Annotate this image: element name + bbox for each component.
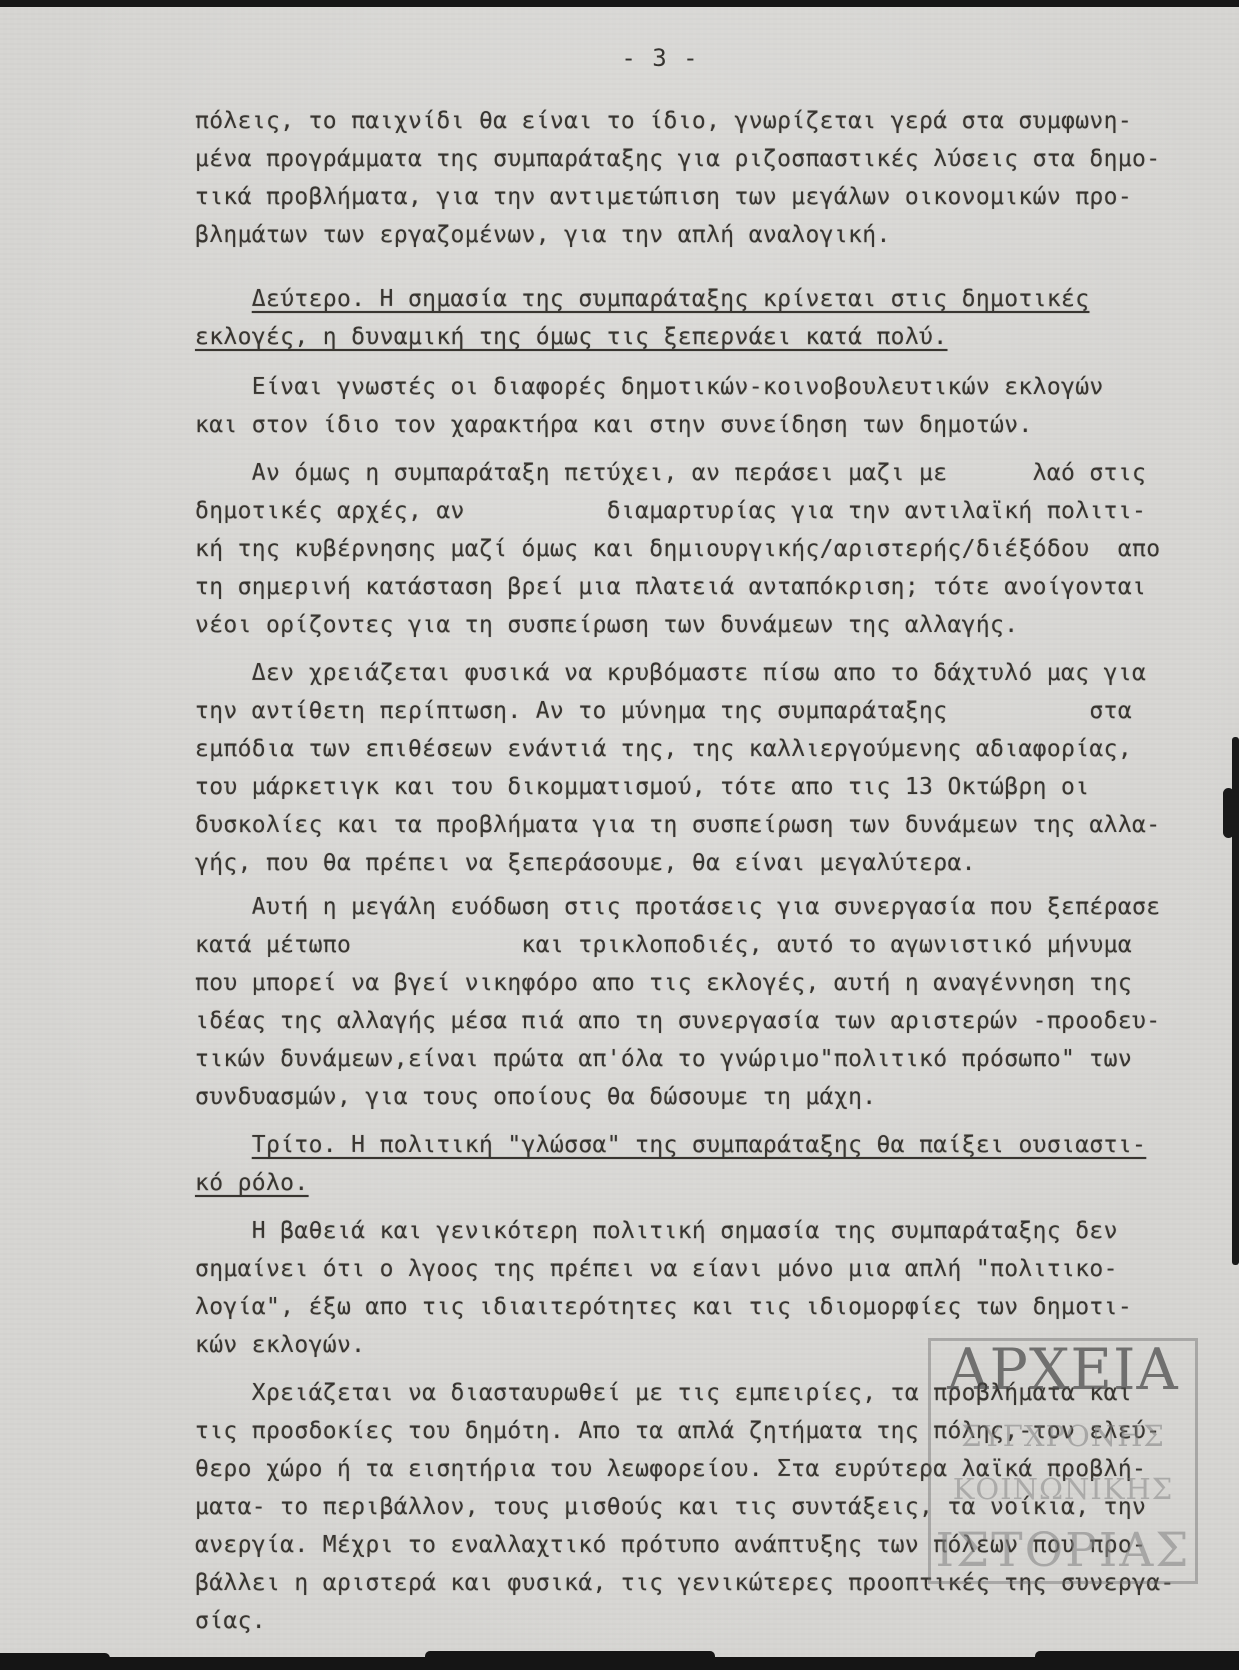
scan-edge-right-notch — [1223, 788, 1234, 838]
text-line: θερο χώρο ή τα εισητήρια του λεωφορείου.… — [195, 1450, 1195, 1488]
paragraph: Αυτή η μεγάλη ευόδωση στις προτάσεις για… — [195, 888, 1195, 1116]
text-line: την αντίθετη περίπτωση. Αν το μύνημα της… — [195, 692, 1195, 730]
text-line: Δεύτερο. Η σημασία της συμπαράταξης κρίν… — [195, 280, 1195, 318]
paragraph: Η βαθειά και γενικότερη πολιτική σημασία… — [195, 1212, 1195, 1364]
text-line: λογία", έξω απο τις ιδιαιτερότητες και τ… — [195, 1288, 1195, 1326]
text-line: νέοι ορίζοντες για τη συσπείρωση των δυν… — [195, 606, 1195, 644]
text-line: βάλλει η αριστερά και φυσικά, τις γενικώ… — [195, 1564, 1195, 1602]
document-page: - 3 - πόλεις, το παιχνίδι θα είναι το ίδ… — [0, 0, 1239, 1670]
text-line: Αν όμως η συμπαράταξη πετύχει, αν περάσε… — [195, 454, 1195, 492]
text-line: κατά μέτωπο και τρικλοποδιές, αυτό το αγ… — [195, 926, 1195, 964]
paragraph: Δεύτερο. Η σημασία της συμπαράταξης κρίν… — [195, 280, 1195, 356]
text-line: συνδυασμών, για τους οποίους θα δώσουμε … — [195, 1078, 1195, 1116]
text-line: γής, που θα πρέπει να ξεπεράσουμε, θα εί… — [195, 844, 1195, 882]
text-line: και στον ίδιο τον χαρακτήρα και στην συν… — [195, 406, 1195, 444]
text-line: κό ρόλο. — [195, 1164, 1195, 1202]
paragraph: Τρίτο. Η πολιτική "γλώσσα" της συμπαράτα… — [195, 1126, 1195, 1202]
text-line: πόλεις, το παιχνίδι θα είναι το ίδιο, γν… — [195, 102, 1195, 140]
document-body: πόλεις, το παιχνίδι θα είναι το ίδιο, γν… — [195, 102, 1195, 1640]
text-line: που μπορεί να βγεί νικηφόρο απο τις εκλο… — [195, 964, 1195, 1002]
scan-edge-top — [0, 0, 1239, 7]
text-line: δημοτικές αρχές, αν διαμαρτυρίας για την… — [195, 492, 1195, 530]
text-line: του μάρκετιγκ και του δικομματισμού, τότ… — [195, 768, 1195, 806]
text-line: δυσκολίες και τα προβλήματα για τη συσπε… — [195, 806, 1195, 844]
text-line: ματα- το περιβάλλον, τους μισθούς και τι… — [195, 1488, 1195, 1526]
text-line: κή της κυβέρνησης μαζί όμως και δημιουργ… — [195, 530, 1195, 568]
text-line: Τρίτο. Η πολιτική "γλώσσα" της συμπαράτα… — [195, 1126, 1195, 1164]
text-line: τικών δυνάμεων,είναι πρώτα απ'όλα το γνώ… — [195, 1040, 1195, 1078]
text-line: Η βαθειά και γενικότερη πολιτική σημασία… — [195, 1212, 1195, 1250]
text-line: ανεργία. Μέχρι το εναλλαχτικό πρότυπο αν… — [195, 1526, 1195, 1564]
text-line: σίας. — [195, 1602, 1195, 1640]
paragraph: Είναι γνωστές οι διαφορές δημοτικών-κοιν… — [195, 368, 1195, 444]
text-line: κών εκλογών. — [195, 1326, 1195, 1364]
text-line: μένα προγράμματα της συμπαράταξης για ρι… — [195, 140, 1195, 178]
text-line: εκλογές, η δυναμική της όμως τις ξεπερνά… — [195, 318, 1195, 356]
scan-edge-bottom-bump — [0, 1653, 110, 1661]
scan-edge-bottom-bump — [425, 1651, 715, 1661]
text-line: Χρειάζεται να διασταυρωθεί με τις εμπειρ… — [195, 1374, 1195, 1412]
page-number: - 3 - — [560, 44, 760, 72]
text-line: τη σημερινή κατάσταση βρεί μια πλατειά α… — [195, 568, 1195, 606]
text-line: Αυτή η μεγάλη ευόδωση στις προτάσεις για… — [195, 888, 1195, 926]
scan-edge-bottom-bump — [1035, 1651, 1239, 1660]
paragraph: πόλεις, το παιχνίδι θα είναι το ίδιο, γν… — [195, 102, 1195, 254]
text-line: Δεν χρειάζεται φυσικά να κρυβόμαστε πίσω… — [195, 654, 1195, 692]
text-line: εμπόδια των επιθέσεων ενάντιά της, της κ… — [195, 730, 1195, 768]
text-line: τικά προβλήματα, για την αντιμετώπιση τω… — [195, 178, 1195, 216]
text-line: τις προσδοκίες του δημότη. Απο τα απλά ζ… — [195, 1412, 1195, 1450]
paragraph: Χρειάζεται να διασταυρωθεί με τις εμπειρ… — [195, 1374, 1195, 1640]
paragraph: Δεν χρειάζεται φυσικά να κρυβόμαστε πίσω… — [195, 654, 1195, 882]
text-line: Είναι γνωστές οι διαφορές δημοτικών-κοιν… — [195, 368, 1195, 406]
text-line: βλημάτων των εργαζομένων, για την απλή α… — [195, 216, 1195, 254]
text-line: σημαίνει ότι ο λγοος της πρέπει να είανι… — [195, 1250, 1195, 1288]
paragraph: Αν όμως η συμπαράταξη πετύχει, αν περάσε… — [195, 454, 1195, 644]
text-line: ιδέας της αλλαγής μέσα πιά απο τη συνεργ… — [195, 1002, 1195, 1040]
